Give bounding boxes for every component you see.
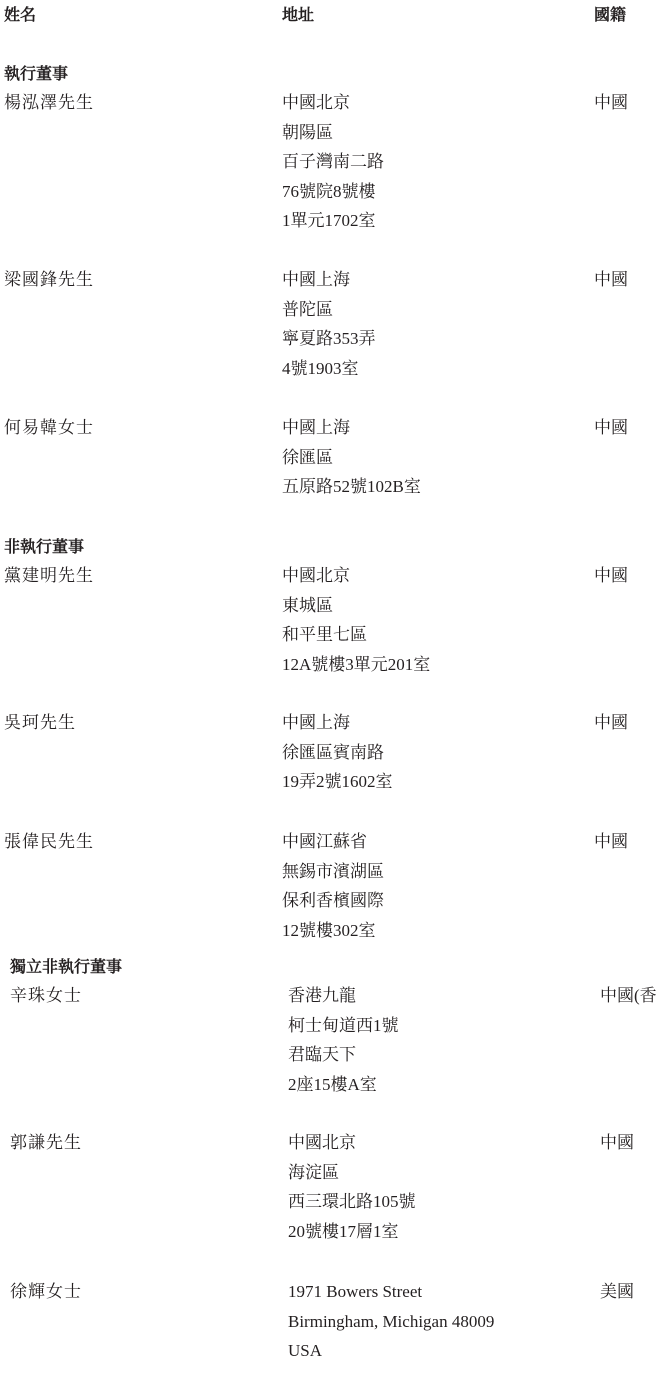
- person-address: 中國上海 徐匯區 五原路52號102B室: [282, 413, 421, 502]
- person-nationality: 中國: [594, 561, 628, 591]
- address-line: 4號1903室: [282, 354, 376, 384]
- person-nationality: 中國(香: [600, 981, 657, 1011]
- person-name: 張偉民先生: [4, 827, 94, 857]
- address-line: 徐匯區: [282, 443, 421, 473]
- person-address: 中國北京 朝陽區 百子灣南二路 76號院8號樓 1單元1702室: [282, 88, 384, 236]
- address-line: 76號院8號樓: [282, 177, 384, 207]
- person-address: 中國北京 海淀區 西三環北路105號 20號樓17層1室: [288, 1128, 416, 1246]
- address-line: 中國北京: [282, 88, 384, 118]
- address-line: 中國上海: [282, 413, 421, 443]
- person-address: 1971 Bowers Street Birmingham, Michigan …: [288, 1277, 494, 1366]
- address-line: 東城區: [282, 591, 430, 621]
- section-title-non-executive-directors: 非執行董事: [4, 532, 84, 562]
- person-name: 何易韓女士: [4, 413, 94, 443]
- address-line: 19弄2號1602室: [282, 767, 393, 797]
- address-line: 20號樓17層1室: [288, 1217, 416, 1247]
- section-title-independent-non-executive-directors: 獨立非執行董事: [10, 952, 122, 982]
- person-name: 梁國鋒先生: [4, 265, 94, 295]
- person-name: 徐輝女士: [10, 1277, 82, 1307]
- address-line: 保利香檳國際: [282, 886, 384, 916]
- person-nationality: 中國: [594, 827, 628, 857]
- person-name: 辛珠女士: [10, 981, 82, 1011]
- address-line: 百子灣南二路: [282, 147, 384, 177]
- address-line: 中國上海: [282, 265, 376, 295]
- person-address: 中國江蘇省 無錫市濱湖區 保利香檳國際 12號樓302室: [282, 827, 384, 945]
- column-header-address: 地址: [282, 0, 314, 30]
- address-line: 香港九龍: [288, 981, 399, 1011]
- person-name: 吳珂先生: [4, 708, 76, 738]
- person-nationality: 中國: [594, 413, 628, 443]
- person-name: 黨建明先生: [4, 561, 94, 591]
- address-line: 中國上海: [282, 708, 393, 738]
- address-line: Birmingham, Michigan 48009: [288, 1307, 494, 1337]
- address-line: 普陀區: [282, 295, 376, 325]
- address-line: 海淀區: [288, 1158, 416, 1188]
- address-line: 中國北京: [288, 1128, 416, 1158]
- person-nationality: 中國: [594, 265, 628, 295]
- person-address: 香港九龍 柯士甸道西1號 君臨天下 2座15樓A室: [288, 981, 399, 1099]
- address-line: 和平里七區: [282, 620, 430, 650]
- address-line: 寧夏路353弄: [282, 324, 376, 354]
- address-line: USA: [288, 1336, 494, 1366]
- address-line: 無錫市濱湖區: [282, 857, 384, 887]
- address-line: 中國江蘇省: [282, 827, 384, 857]
- column-header-name: 姓名: [4, 0, 36, 30]
- person-nationality: 中國: [594, 88, 628, 118]
- address-line: 五原路52號102B室: [282, 472, 421, 502]
- column-header-nationality: 國籍: [594, 0, 626, 30]
- address-line: 君臨天下: [288, 1040, 399, 1070]
- person-nationality: 中國: [600, 1128, 634, 1158]
- person-address: 中國上海 徐匯區賓南路 19弄2號1602室: [282, 708, 393, 797]
- address-line: 中國北京: [282, 561, 430, 591]
- address-line: 12A號樓3單元201室: [282, 650, 430, 680]
- person-address: 中國上海 普陀區 寧夏路353弄 4號1903室: [282, 265, 376, 383]
- person-nationality: 中國: [594, 708, 628, 738]
- section-title-executive-directors: 執行董事: [4, 59, 68, 89]
- address-line: 朝陽區: [282, 118, 384, 148]
- address-line: 1971 Bowers Street: [288, 1277, 494, 1307]
- person-name: 郭謙先生: [10, 1128, 82, 1158]
- address-line: 柯士甸道西1號: [288, 1011, 399, 1041]
- person-name: 楊泓澤先生: [4, 88, 94, 118]
- person-nationality: 美國: [600, 1277, 634, 1307]
- address-line: 西三環北路105號: [288, 1187, 416, 1217]
- address-line: 1單元1702室: [282, 206, 384, 236]
- address-line: 2座15樓A室: [288, 1070, 399, 1100]
- person-address: 中國北京 東城區 和平里七區 12A號樓3單元201室: [282, 561, 430, 679]
- address-line: 12號樓302室: [282, 916, 384, 946]
- address-line: 徐匯區賓南路: [282, 738, 393, 768]
